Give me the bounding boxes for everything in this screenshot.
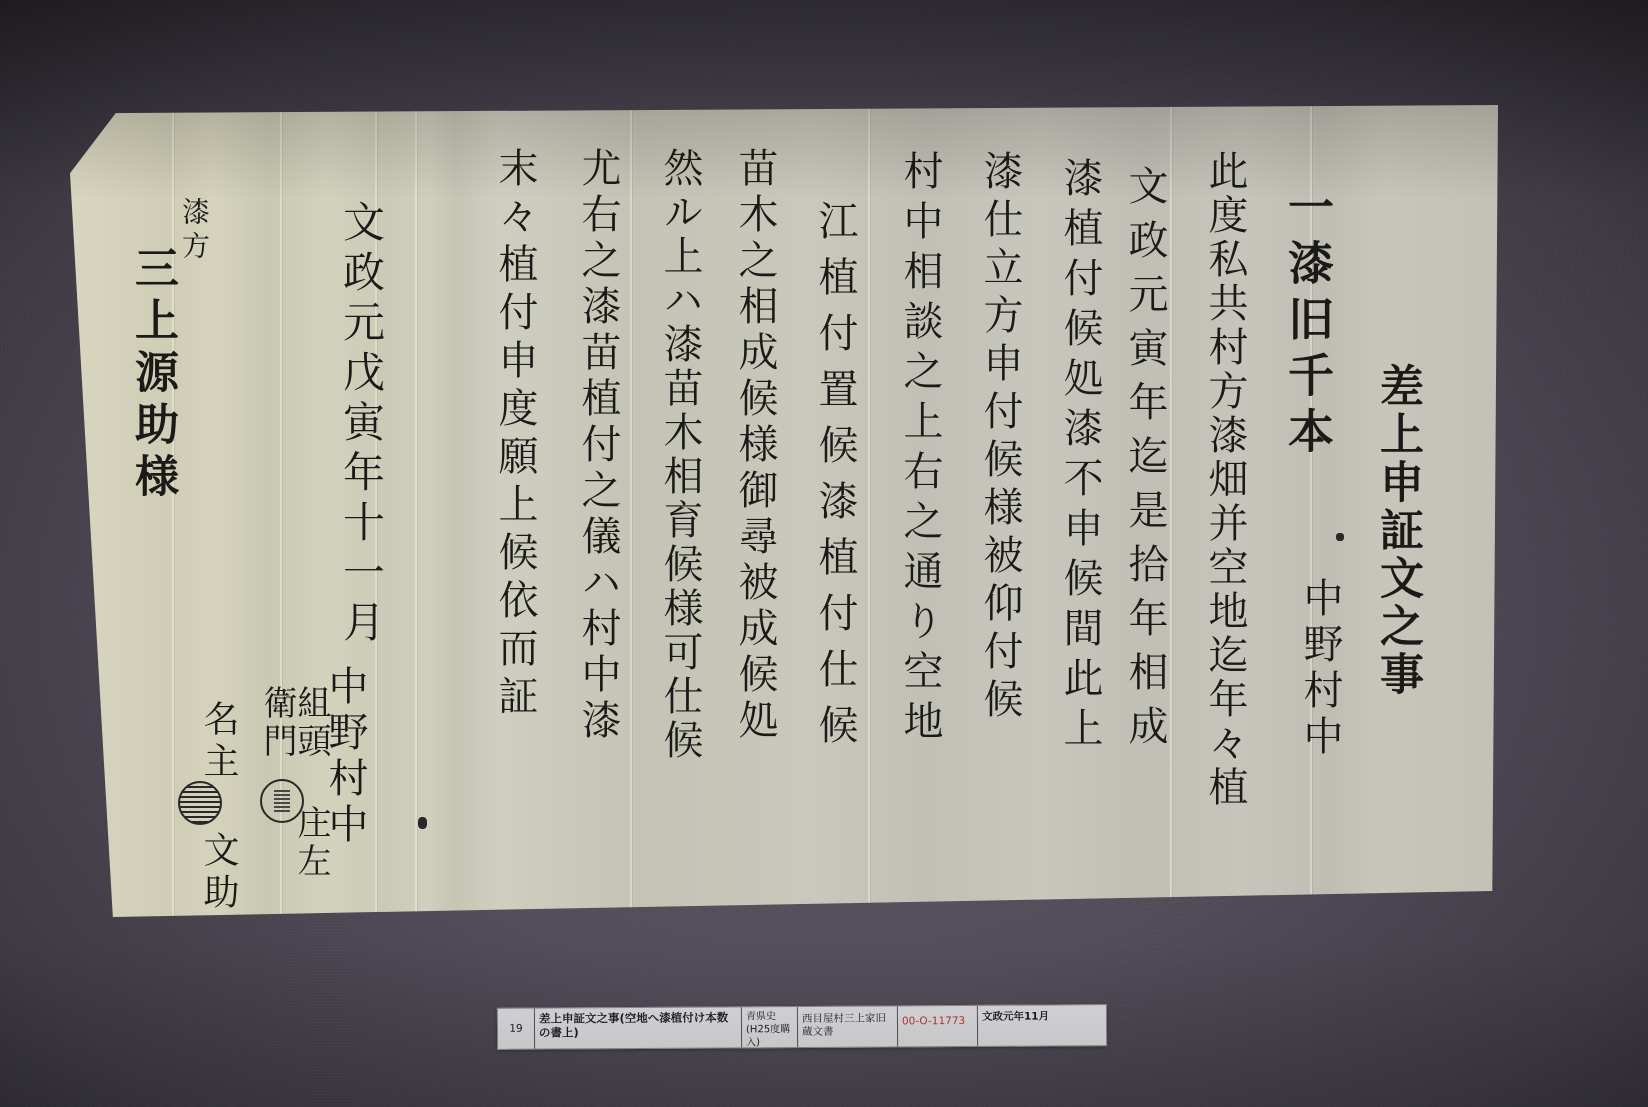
body-line: 然ル上ハ漆苗木相育候様可仕候	[660, 147, 700, 763]
body-line: 漆植付候処漆不申候間此上	[1060, 157, 1100, 757]
fold-line	[415, 105, 417, 917]
document-title: 差上申証文之事	[1375, 363, 1419, 699]
catalog-label: 19 差上申証文之事(空地へ漆植付け本数の書上) 青県史(H25度購入) 西目屋…	[497, 1004, 1107, 1050]
body-line: 村中相談之上右之通り空地	[900, 150, 940, 750]
seal-signer-2	[178, 781, 222, 825]
fold-line	[630, 105, 632, 917]
body-line: 苗木之相成候様御尋被成候処	[735, 147, 775, 745]
fold-line	[172, 105, 174, 917]
item-line: 一漆旧千本	[1285, 183, 1331, 463]
village-name: 中野村中	[1300, 577, 1340, 761]
document-date: 文政元戊寅年十一月	[340, 200, 382, 650]
label-catalog-id: 00-O-11773	[898, 1006, 978, 1046]
historical-document: 差上申証文之事 中野村中 一漆旧千本 此度私共村方漆畑并空地迄年々植 文政元寅年…	[70, 105, 1498, 917]
label-collection: 西目屋村三上家旧蔵文書	[798, 1006, 898, 1047]
label-title: 差上申証文之事(空地へ漆植付け本数の書上)	[535, 1007, 742, 1048]
fold-line	[868, 105, 870, 917]
body-line: 江植付置候漆植付仕候	[815, 200, 855, 760]
label-number: 19	[498, 1009, 535, 1049]
body-line: 文政元寅年迄是拾年相成	[1125, 165, 1165, 759]
body-line: 此度私共村方漆畑并空地迄年々植	[1205, 150, 1245, 810]
ink-spot	[1336, 533, 1344, 541]
body-line: 尤右之漆苗植付之儀ハ村中漆	[578, 147, 618, 745]
addressee-title: 漆方	[180, 197, 208, 265]
label-date: 文政元年11月	[978, 1005, 1106, 1046]
label-source: 青県史(H25度購入)	[742, 1007, 798, 1047]
fold-line	[1170, 105, 1172, 917]
addressee-name: 三上源助様	[130, 245, 174, 505]
seal-signer-1	[260, 779, 304, 823]
ink-spot	[418, 817, 427, 829]
body-line: 末々植付申度願上候依而証	[495, 147, 535, 723]
body-line: 漆仕立方申付候様被仰付候	[980, 150, 1020, 726]
village-signature: 中野村中	[325, 665, 365, 849]
